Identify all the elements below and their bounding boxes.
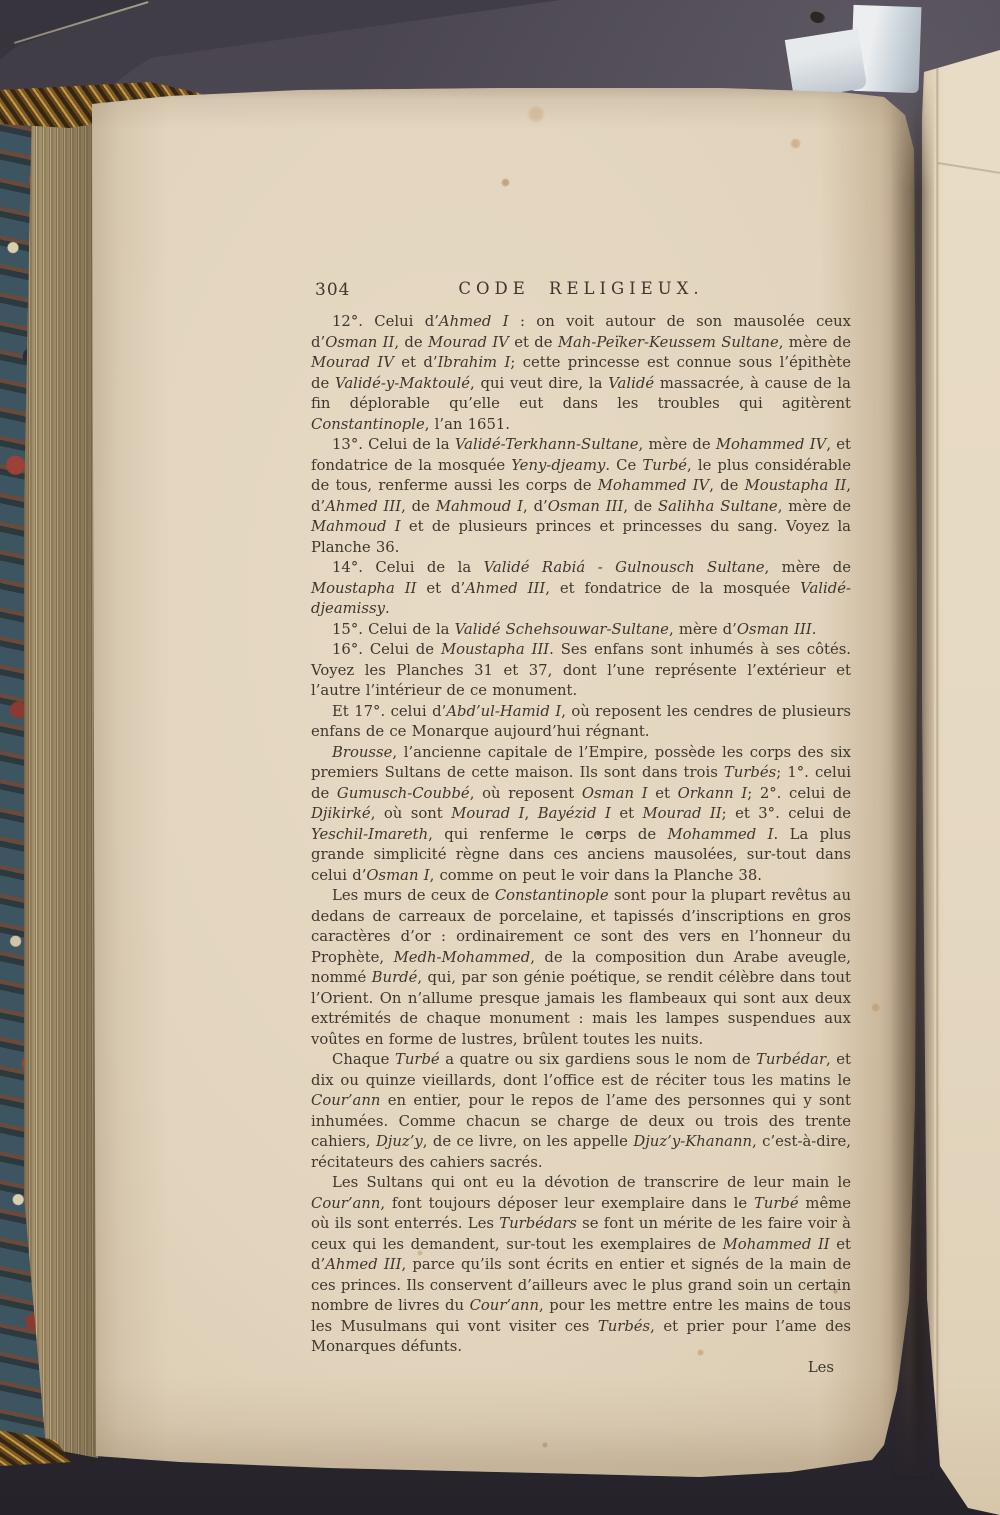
italic-text-run: Cour’ann [311, 1195, 380, 1212]
italic-text-run: Mah-Peïker-Keussem Sultane [558, 334, 779, 351]
text-run: . Ce [605, 457, 642, 474]
text-run: a quatre ou six gardiens sous le nom de [440, 1051, 756, 1068]
text-run: Les Sultans qui ont eu la dévotion de tr… [332, 1174, 851, 1191]
italic-text-run: Brousse [332, 744, 392, 761]
text-run: , de [709, 477, 744, 494]
italic-text-run: Mohammed IV [716, 436, 827, 453]
italic-text-run: Osman II [325, 334, 394, 351]
text-run: 16°. Celui de [332, 641, 441, 658]
italic-text-run: Djuz’y [376, 1133, 423, 1150]
italic-text-run: Validé [608, 375, 654, 392]
catchword: Les [311, 1358, 851, 1379]
italic-text-run: Gumusch-Coubbé [337, 785, 470, 802]
paragraph: 15°. Celui de la Validé Schehsouwar-Sult… [311, 620, 851, 641]
italic-text-run: Orkann I [678, 785, 748, 802]
paragraph: 12°. Celui d’Ahmed I : on voit autour de… [311, 312, 851, 435]
page-number: 304 [315, 280, 350, 300]
italic-text-run: Mahmoud I [311, 518, 401, 535]
text-run: 12°. Celui d’ [332, 313, 439, 330]
italic-text-run: Yeny-djeamy [511, 457, 605, 474]
paragraph: Les Sultans qui ont eu la dévotion de tr… [311, 1173, 851, 1358]
foxing-spot [542, 1442, 548, 1448]
printed-text-block: 304 CODE RELIGIEUX. 12°. Celui d’Ahmed I… [311, 279, 851, 1378]
text-run: et [648, 785, 678, 802]
italic-text-run: Turbé [754, 1195, 799, 1212]
text-run: 13°. Celui de la [332, 436, 455, 453]
italic-text-run: Turbé [642, 457, 687, 474]
text-run: et d’ [416, 580, 465, 597]
text-run: , où reposent [470, 785, 582, 802]
text-run: 15°. Celui de la [332, 621, 455, 638]
italic-text-run: Abd’ul-Hamid I [446, 703, 561, 720]
text-run: , mère de [639, 436, 716, 453]
italic-text-run: Constantinople [495, 887, 609, 904]
italic-text-run: Turbés [598, 1318, 650, 1335]
italic-text-run: Ibrahim I [438, 354, 511, 371]
italic-text-run: Mohammed II [723, 1236, 830, 1253]
text-run: , de [394, 334, 428, 351]
paragraph: Les murs de ceux de Constantinople sont … [311, 886, 851, 1050]
italic-text-run: Turbédars [499, 1215, 577, 1232]
italic-text-run: Yeschil-Imareth [311, 826, 428, 843]
text-run: Les murs de ceux de [332, 887, 495, 904]
italic-text-run: Moustapha II [745, 477, 847, 494]
text-run: , de [623, 498, 658, 515]
italic-text-run: Mourad II [643, 805, 722, 822]
italic-text-run: Mourad I [451, 805, 524, 822]
paragraph: Chaque Turbé a quatre ou six gardiens so… [311, 1050, 851, 1173]
text-run: , mère de [765, 559, 851, 576]
text-run: , d’ [523, 498, 548, 515]
foxing-spot [790, 138, 801, 149]
text-run: , mère de [779, 334, 851, 351]
italic-text-run: Ahmed III [325, 498, 401, 515]
text-run: et [611, 805, 643, 822]
photo-of-open-book: { "page": { "page_number": "304", "runni… [0, 0, 1000, 1515]
italic-text-run: Mourad IV [311, 354, 394, 371]
foxing-spot [527, 105, 545, 123]
paragraph: 16°. Celui de Moustapha III. Ses enfans … [311, 640, 851, 702]
paragraph: 14°. Celui de la Validé Rabiá - Gulnousc… [311, 558, 851, 620]
body-text: 12°. Celui d’Ahmed I : on voit autour de… [311, 312, 851, 1358]
text-run: , et fondatrice de la mosquée [545, 580, 800, 597]
italic-text-run: Mohammed I [668, 826, 774, 843]
gutter-shadow [890, 80, 934, 1480]
italic-text-run: Validé Schehsouwar-Sultane [455, 621, 669, 638]
page-header: 304 CODE RELIGIEUX. [311, 279, 851, 305]
text-run: 14°. Celui de la [332, 559, 484, 576]
italic-text-run: Osman I [582, 785, 648, 802]
paragraph: Brousse, l’ancienne capitale de l’Empire… [311, 743, 851, 887]
italic-text-run: Ahmed I [439, 313, 509, 330]
text-run: , l’an 1651. [425, 416, 510, 433]
text-run: Chaque [332, 1051, 395, 1068]
debris-speck [808, 9, 826, 25]
italic-text-run: Ahmed III [325, 1256, 401, 1273]
text-run: , qui renferme le corps de [428, 826, 667, 843]
italic-text-run: Bayézid I [538, 805, 611, 822]
page-fore-edge-stack [20, 86, 98, 1462]
italic-text-run: Osman III [737, 621, 812, 638]
text-run: ; 2°. celui de [747, 785, 851, 802]
text-run: et d’ [394, 354, 438, 371]
italic-text-run: Moustapha III [441, 641, 549, 658]
paragraph: 13°. Celui de la Validé-Terkhann-Sultane… [311, 435, 851, 558]
italic-text-run: Mohammed IV [598, 477, 709, 494]
text-run: , [525, 805, 538, 822]
text-run: Et 17°. celui d’ [332, 703, 446, 720]
italic-text-run: Djuz’y-Khanann [633, 1133, 752, 1150]
running-title: CODE RELIGIEUX. [311, 279, 851, 298]
backdrop: 304 CODE RELIGIEUX. 12°. Celui d’Ahmed I… [0, 0, 1000, 1515]
text-run: ; et 3°. celui de [722, 805, 851, 822]
text-run: , font toujours déposer leur exemplaire … [380, 1195, 754, 1212]
italic-text-run: Turbédar [756, 1051, 826, 1068]
text-run: , de [401, 498, 436, 515]
italic-text-run: Medh-Mohammed [394, 949, 531, 966]
italic-text-run: Mahmoud I [436, 498, 523, 515]
text-run: , comme on peut le voir dans la Planche … [430, 867, 762, 884]
italic-text-run: Validé-Terkhann-Sultane [455, 436, 639, 453]
book-page: 304 CODE RELIGIEUX. 12°. Celui d’Ahmed I… [0, 0, 1000, 1515]
text-run: et de [509, 334, 558, 351]
italic-text-run: Salihha Sultane [658, 498, 778, 515]
bookmark-tab-left [785, 29, 867, 100]
text-run: , mère d’ [669, 621, 737, 638]
text-run: . [385, 600, 390, 617]
text-run: . [812, 621, 817, 638]
italic-text-run: Validé Rabiá - Gulnousch Sultane [484, 559, 765, 576]
italic-text-run: Ahmed III [465, 580, 545, 597]
italic-text-run: Constantinople [311, 416, 425, 433]
italic-text-run: Cour’ann [470, 1297, 539, 1314]
italic-text-run: Osman I [366, 867, 429, 884]
italic-text-run: Moustapha II [311, 580, 416, 597]
italic-text-run: Turbé [395, 1051, 440, 1068]
italic-text-run: Osman III [548, 498, 624, 515]
italic-text-run: Mourad IV [428, 334, 509, 351]
paragraph: Et 17°. celui d’Abd’ul-Hamid I, où repos… [311, 702, 851, 743]
foxing-spot [871, 1003, 880, 1012]
text-run: , de ce livre, on les appelle [423, 1133, 634, 1150]
text-run: , où sont [371, 805, 452, 822]
text-run: , qui veut dire, la [470, 375, 608, 392]
italic-text-run: Turbés [724, 764, 776, 781]
foxing-spot [501, 178, 510, 187]
italic-text-run: Cour’ann [311, 1092, 380, 1109]
italic-text-run: Burdé [372, 969, 418, 986]
text-run: , mère de [778, 498, 851, 515]
italic-text-run: Djikirké [311, 805, 371, 822]
italic-text-run: Validé-y-Maktoulé [335, 375, 470, 392]
